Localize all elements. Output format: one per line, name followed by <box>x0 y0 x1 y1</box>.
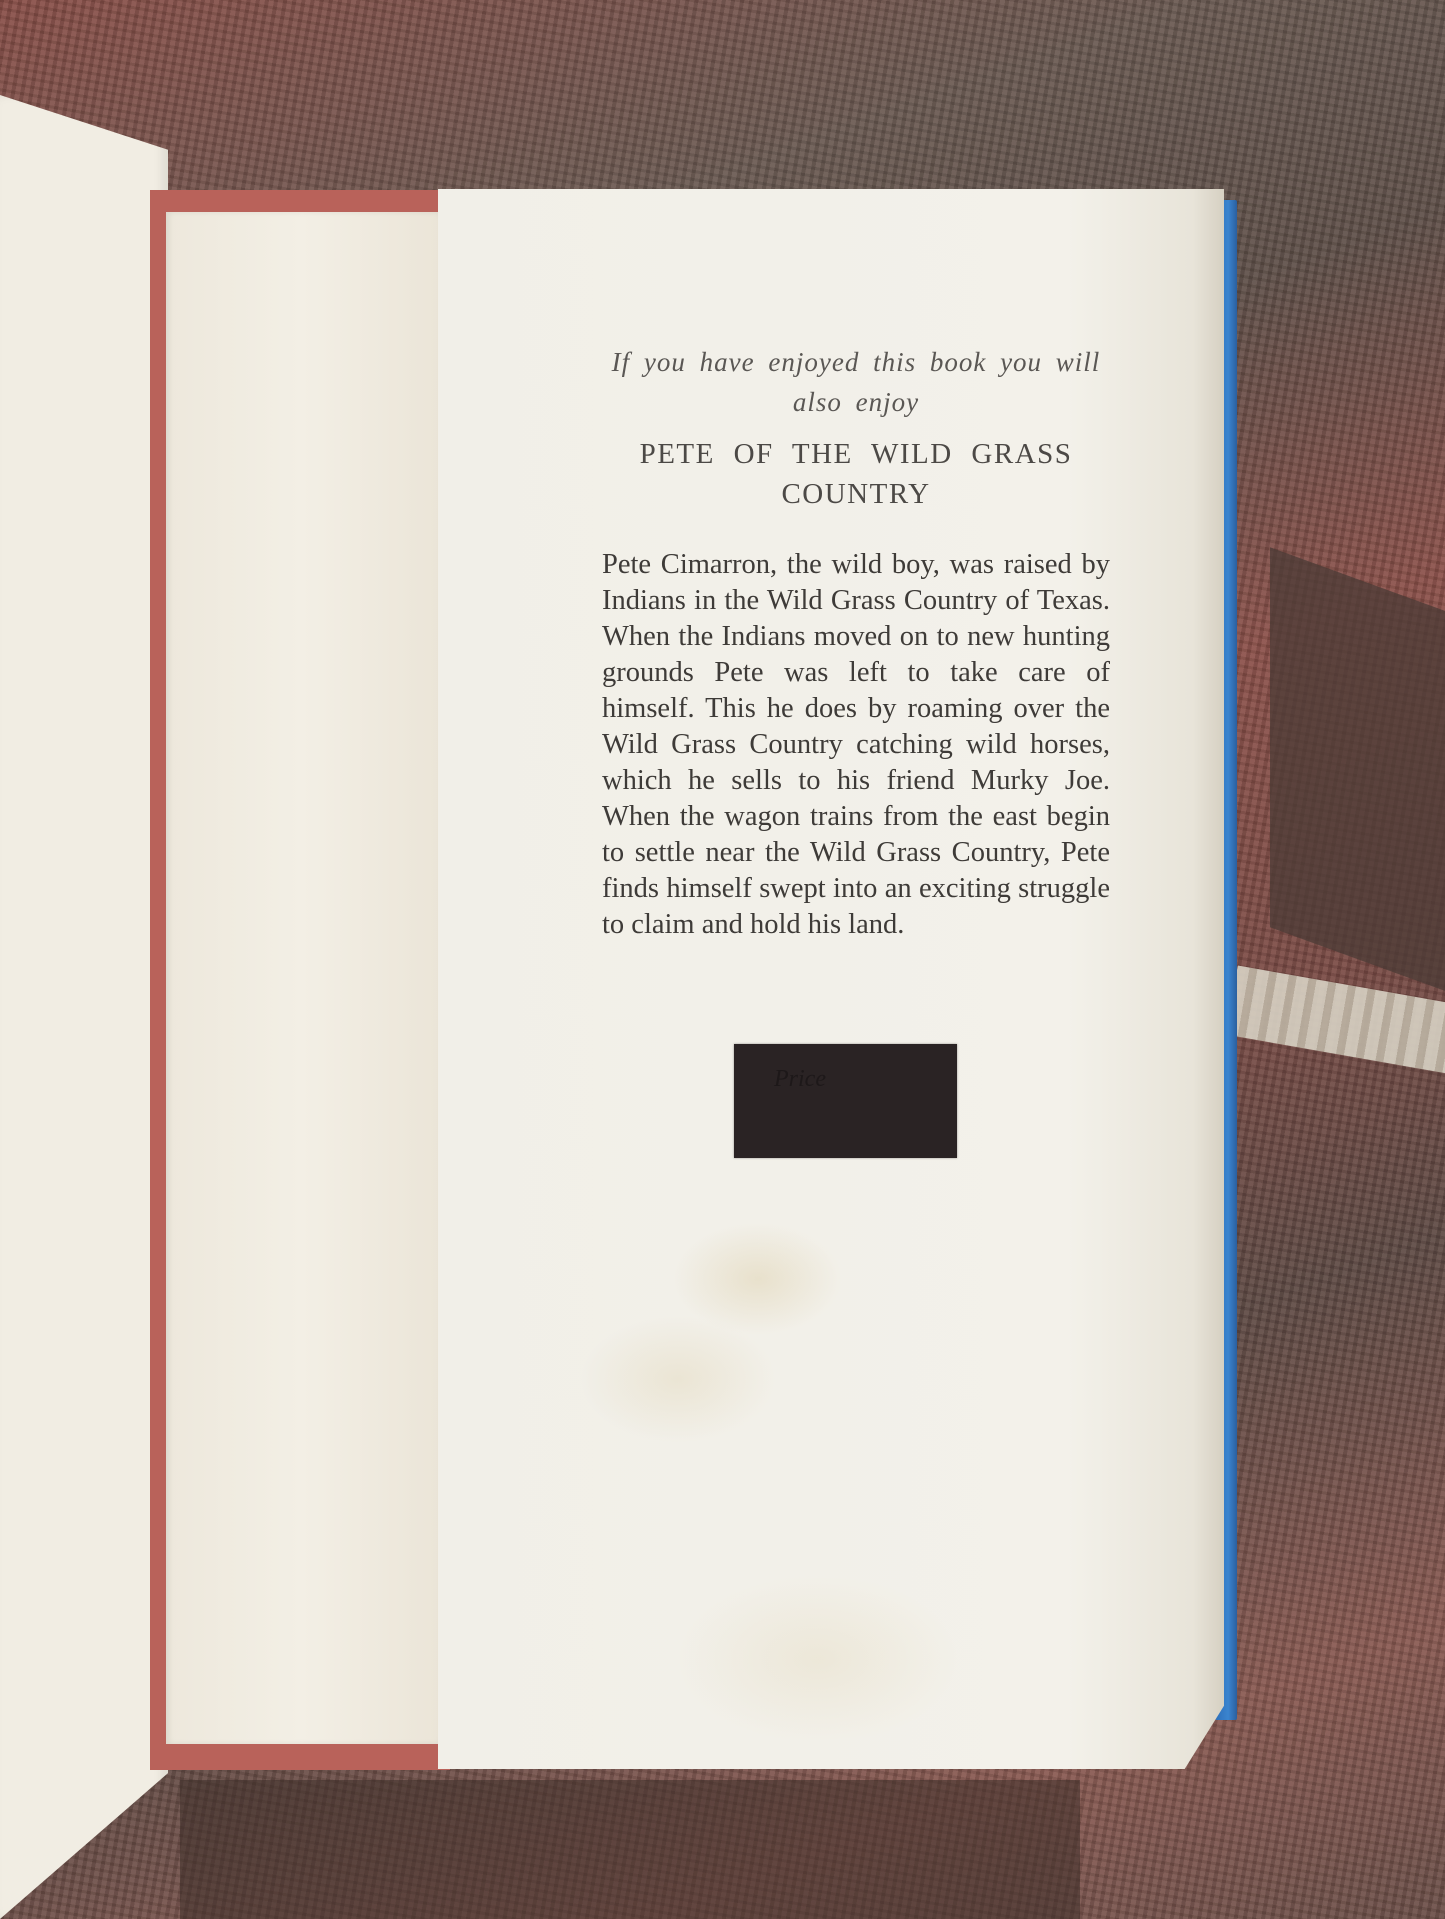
flap-text-block: If you have enjoyed this book you will a… <box>602 342 1110 943</box>
price-label: Price <box>774 1066 826 1093</box>
price-sticker: Price <box>734 1044 957 1158</box>
flap-intro: If you have enjoyed this book you will a… <box>602 342 1110 422</box>
rug-pattern-bottom <box>180 1780 1080 1919</box>
book-blurb: Pete Cimarron, the wild boy, was raised … <box>602 547 1110 943</box>
rug-pattern-dark-band <box>1270 547 1445 993</box>
endpaper <box>166 212 438 1744</box>
book-title: PETE OF THE WILD GRASS COUNTRY <box>602 434 1110 514</box>
left-book-page <box>0 95 168 1919</box>
